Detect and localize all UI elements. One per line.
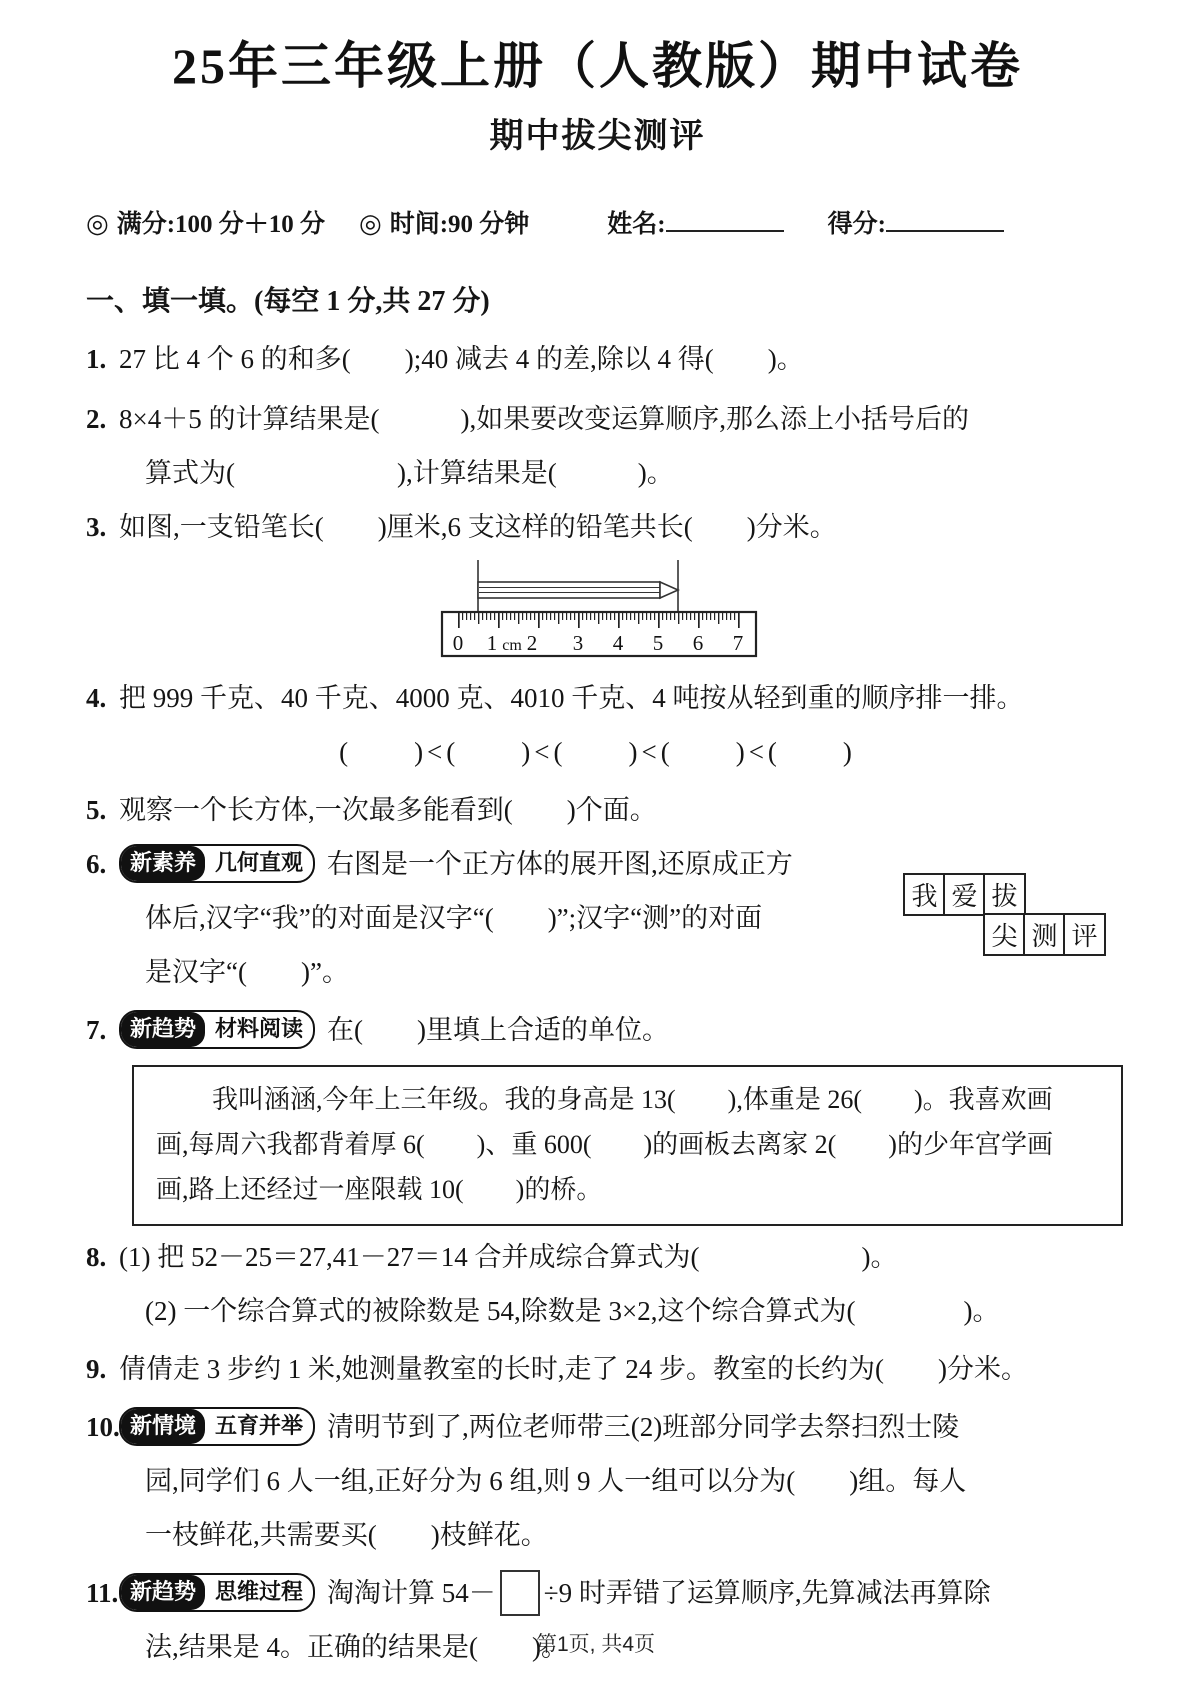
box-text-line: 我叫涵涵,今年上三年级。我的身高是 13( ),体重是 26( )。我喜欢画: [156, 1077, 1099, 1122]
question-line: 11.新趋势思维过程淘淘计算 54－÷9 时弄错了运算顺序,先算减法再算除: [86, 1566, 1109, 1620]
svg-text:3: 3: [572, 631, 583, 655]
question-line: 9.倩倩走 3 步约 1 米,她测量教室的长时,走了 24 步。教室的长约为( …: [86, 1342, 1109, 1396]
question-line: 7.新趋势材料阅读在( )里填上合适的单位。: [86, 1003, 1109, 1057]
svg-text:4: 4: [612, 631, 623, 655]
question-number: 8.: [86, 1230, 106, 1284]
question-line: 园,同学们 6 人一组,正好分为 6 组,则 9 人一组可以分为( )组。每人: [86, 1454, 1109, 1508]
full-score-label: 满分:100 分＋10 分: [117, 211, 325, 238]
question-text: 如图,一支铅笔长( )厘米,6 支这样的铅笔共长( )分米。: [119, 512, 837, 542]
question-line: (2) 一个综合算式的被除数是 54,除数是 3×2,这个综合算式为( )。: [86, 1284, 1109, 1338]
question-2: 2.8×4＋5 的计算结果是( ),如果要改变运算顺序,那么添上小括号后的 算式…: [86, 392, 1109, 500]
question-line: 3.如图,一支铅笔长( )厘米,6 支这样的铅笔共长( )分米。: [86, 500, 1109, 554]
score-label: 得分:: [828, 211, 886, 238]
new-situation-badge: 新情境五育并举: [119, 1407, 315, 1446]
question-line: 8.(1) 把 52－25＝27,41－27＝14 合并成综合算式为( )。: [86, 1230, 1109, 1284]
page-title: 25年三年级上册（人教版）期中试卷: [86, 32, 1109, 100]
double-circle-icon: ◎: [86, 209, 109, 238]
question-line: 2.8×4＋5 的计算结果是( ),如果要改变运算顺序,那么添上小括号后的: [86, 392, 1109, 446]
question-number: 9.: [86, 1342, 106, 1396]
reading-material-box: 我叫涵涵,今年上三年级。我的身高是 13( ),体重是 26( )。我喜欢画 画…: [132, 1065, 1123, 1226]
question-number: 1.: [86, 332, 106, 386]
question-8: 8.(1) 把 52－25＝27,41－27＝14 合并成综合算式为( )。 (…: [86, 1230, 1109, 1338]
question-number: 6.: [86, 837, 106, 891]
ordering-answer-line: ( )<( )<( )<( )<( ): [86, 725, 1109, 779]
pencil-drawing: [478, 582, 678, 598]
question-text: 清明节到了,两位老师带三(2)班部分同学去祭扫烈士陵: [327, 1412, 959, 1442]
svg-text:2: 2: [526, 631, 537, 655]
question-number: 2.: [86, 392, 106, 446]
page-number-footer: 第1页, 共4页: [0, 1628, 1191, 1658]
question-text: 8×4＋5 的计算结果是( ),如果要改变运算顺序,那么添上小括号后的: [119, 404, 969, 434]
blank-square-box: [500, 1570, 540, 1616]
double-circle-icon: ◎: [359, 209, 382, 238]
box-text-line: 画,路上还经过一座限载 10( )的桥。: [156, 1167, 1099, 1212]
exam-info-row: ◎满分:100 分＋10 分 ◎时间:90 分钟 姓名: 得分:: [86, 204, 1109, 240]
score-blank-line: [886, 226, 1004, 232]
net-cell: 爱: [943, 873, 986, 916]
cube-net-figure: 我 爱 拔 尖 测 评: [903, 873, 1107, 957]
new-trend-badge: 新趋势思维过程: [119, 1573, 315, 1612]
question-line: 5.观察一个长方体,一次最多能看到( )个面。: [86, 783, 1109, 837]
exam-paper-page: 25年三年级上册（人教版）期中试卷 期中拔尖测评 ◎满分:100 分＋10 分 …: [0, 0, 1191, 1684]
question-3: 3.如图,一支铅笔长( )厘米,6 支这样的铅笔共长( )分米。: [86, 500, 1109, 665]
svg-text:1: 1: [486, 631, 497, 655]
question-line: 1.27 比 4 个 6 的和多( );40 减去 4 的差,除以 4 得( )…: [86, 332, 1109, 386]
question-line: 一枝鲜花,共需要买( )枝鲜花。: [86, 1508, 1109, 1562]
question-line: 10.新情境五育并举清明节到了,两位老师带三(2)班部分同学去祭扫烈士陵: [86, 1400, 1109, 1454]
question-line: 算式为( ),计算结果是( )。: [86, 446, 1109, 500]
question-text: 把 999 千克、40 千克、4000 克、4010 千克、4 吨按从轻到重的顺…: [119, 683, 1024, 713]
question-9: 9.倩倩走 3 步约 1 米,她测量教室的长时,走了 24 步。教室的长约为( …: [86, 1342, 1109, 1396]
section-1-heading: 一、填一填。(每空 1 分,共 27 分): [86, 282, 1109, 322]
question-text: 右图是一个正方体的展开图,还原成正方: [327, 849, 793, 879]
question-text: 倩倩走 3 步约 1 米,她测量教室的长时,走了 24 步。教室的长约为( )分…: [119, 1354, 1028, 1384]
net-cell: 我: [903, 873, 946, 916]
full-score-info: ◎满分:100 分＋10 分: [86, 204, 325, 240]
question-number: 5.: [86, 783, 106, 837]
new-trend-badge: 新趋势材料阅读: [119, 1010, 315, 1049]
question-text: ÷9 时弄错了运算顺序,先算减法再算除: [544, 1578, 991, 1608]
name-label: 姓名:: [607, 211, 665, 238]
question-number: 11.: [86, 1566, 118, 1620]
score-field: 得分:: [828, 204, 1004, 240]
net-cell: 评: [1063, 913, 1106, 956]
question-7: 7.新趋势材料阅读在( )里填上合适的单位。 我叫涵涵,今年上三年级。我的身高是…: [86, 1003, 1109, 1226]
question-number: 7.: [86, 1003, 106, 1057]
page-subtitle: 期中拔尖测评: [86, 114, 1109, 160]
question-number: 10.: [86, 1400, 120, 1454]
net-cell: 尖: [983, 913, 1026, 956]
question-number: 3.: [86, 500, 106, 554]
svg-text:cm: cm: [502, 637, 522, 654]
name-blank-line: [666, 226, 784, 232]
box-text-line: 画,每周六我都背着厚 6( )、重 600( )的画板去离家 2( )的少年宫学…: [156, 1122, 1099, 1167]
pencil-ruler-figure: 0 1 cm 2 3 4 5 6 7: [86, 556, 1109, 665]
question-text: (1) 把 52－25＝27,41－27＝14 合并成综合算式为( )。: [119, 1242, 897, 1272]
question-5: 5.观察一个长方体,一次最多能看到( )个面。: [86, 783, 1109, 837]
time-label: 时间:90 分钟: [390, 211, 530, 238]
question-text: 在( )里填上合适的单位。: [327, 1015, 669, 1045]
new-literacy-badge: 新素养几何直观: [119, 844, 315, 883]
svg-text:0: 0: [452, 631, 463, 655]
page-content: 25年三年级上册（人教版）期中试卷 期中拔尖测评 ◎满分:100 分＋10 分 …: [0, 0, 1191, 1674]
question-4: 4.把 999 千克、40 千克、4000 克、4010 千克、4 吨按从轻到重…: [86, 671, 1109, 779]
svg-text:6: 6: [692, 631, 703, 655]
time-info: ◎时间:90 分钟: [359, 204, 529, 240]
name-field: 姓名:: [607, 204, 783, 240]
svg-text:5: 5: [652, 631, 663, 655]
question-text: 观察一个长方体,一次最多能看到( )个面。: [119, 795, 657, 825]
question-text: 27 比 4 个 6 的和多( );40 减去 4 的差,除以 4 得( )。: [119, 344, 804, 374]
question-1: 1.27 比 4 个 6 的和多( );40 减去 4 的差,除以 4 得( )…: [86, 332, 1109, 386]
net-cell: 测: [1023, 913, 1066, 956]
question-10: 10.新情境五育并举清明节到了,两位老师带三(2)班部分同学去祭扫烈士陵 园,同…: [86, 1400, 1109, 1562]
question-6: 6.新素养几何直观右图是一个正方体的展开图,还原成正方 体后,汉字“我”的对面是…: [86, 837, 1109, 999]
svg-text:7: 7: [732, 631, 743, 655]
question-line: 4.把 999 千克、40 千克、4000 克、4010 千克、4 吨按从轻到重…: [86, 671, 1109, 725]
question-number: 4.: [86, 671, 106, 725]
net-cell: 拔: [983, 873, 1026, 916]
question-text: 淘淘计算 54－: [327, 1578, 496, 1608]
ruler-svg: 0 1 cm 2 3 4 5 6 7: [426, 556, 770, 658]
